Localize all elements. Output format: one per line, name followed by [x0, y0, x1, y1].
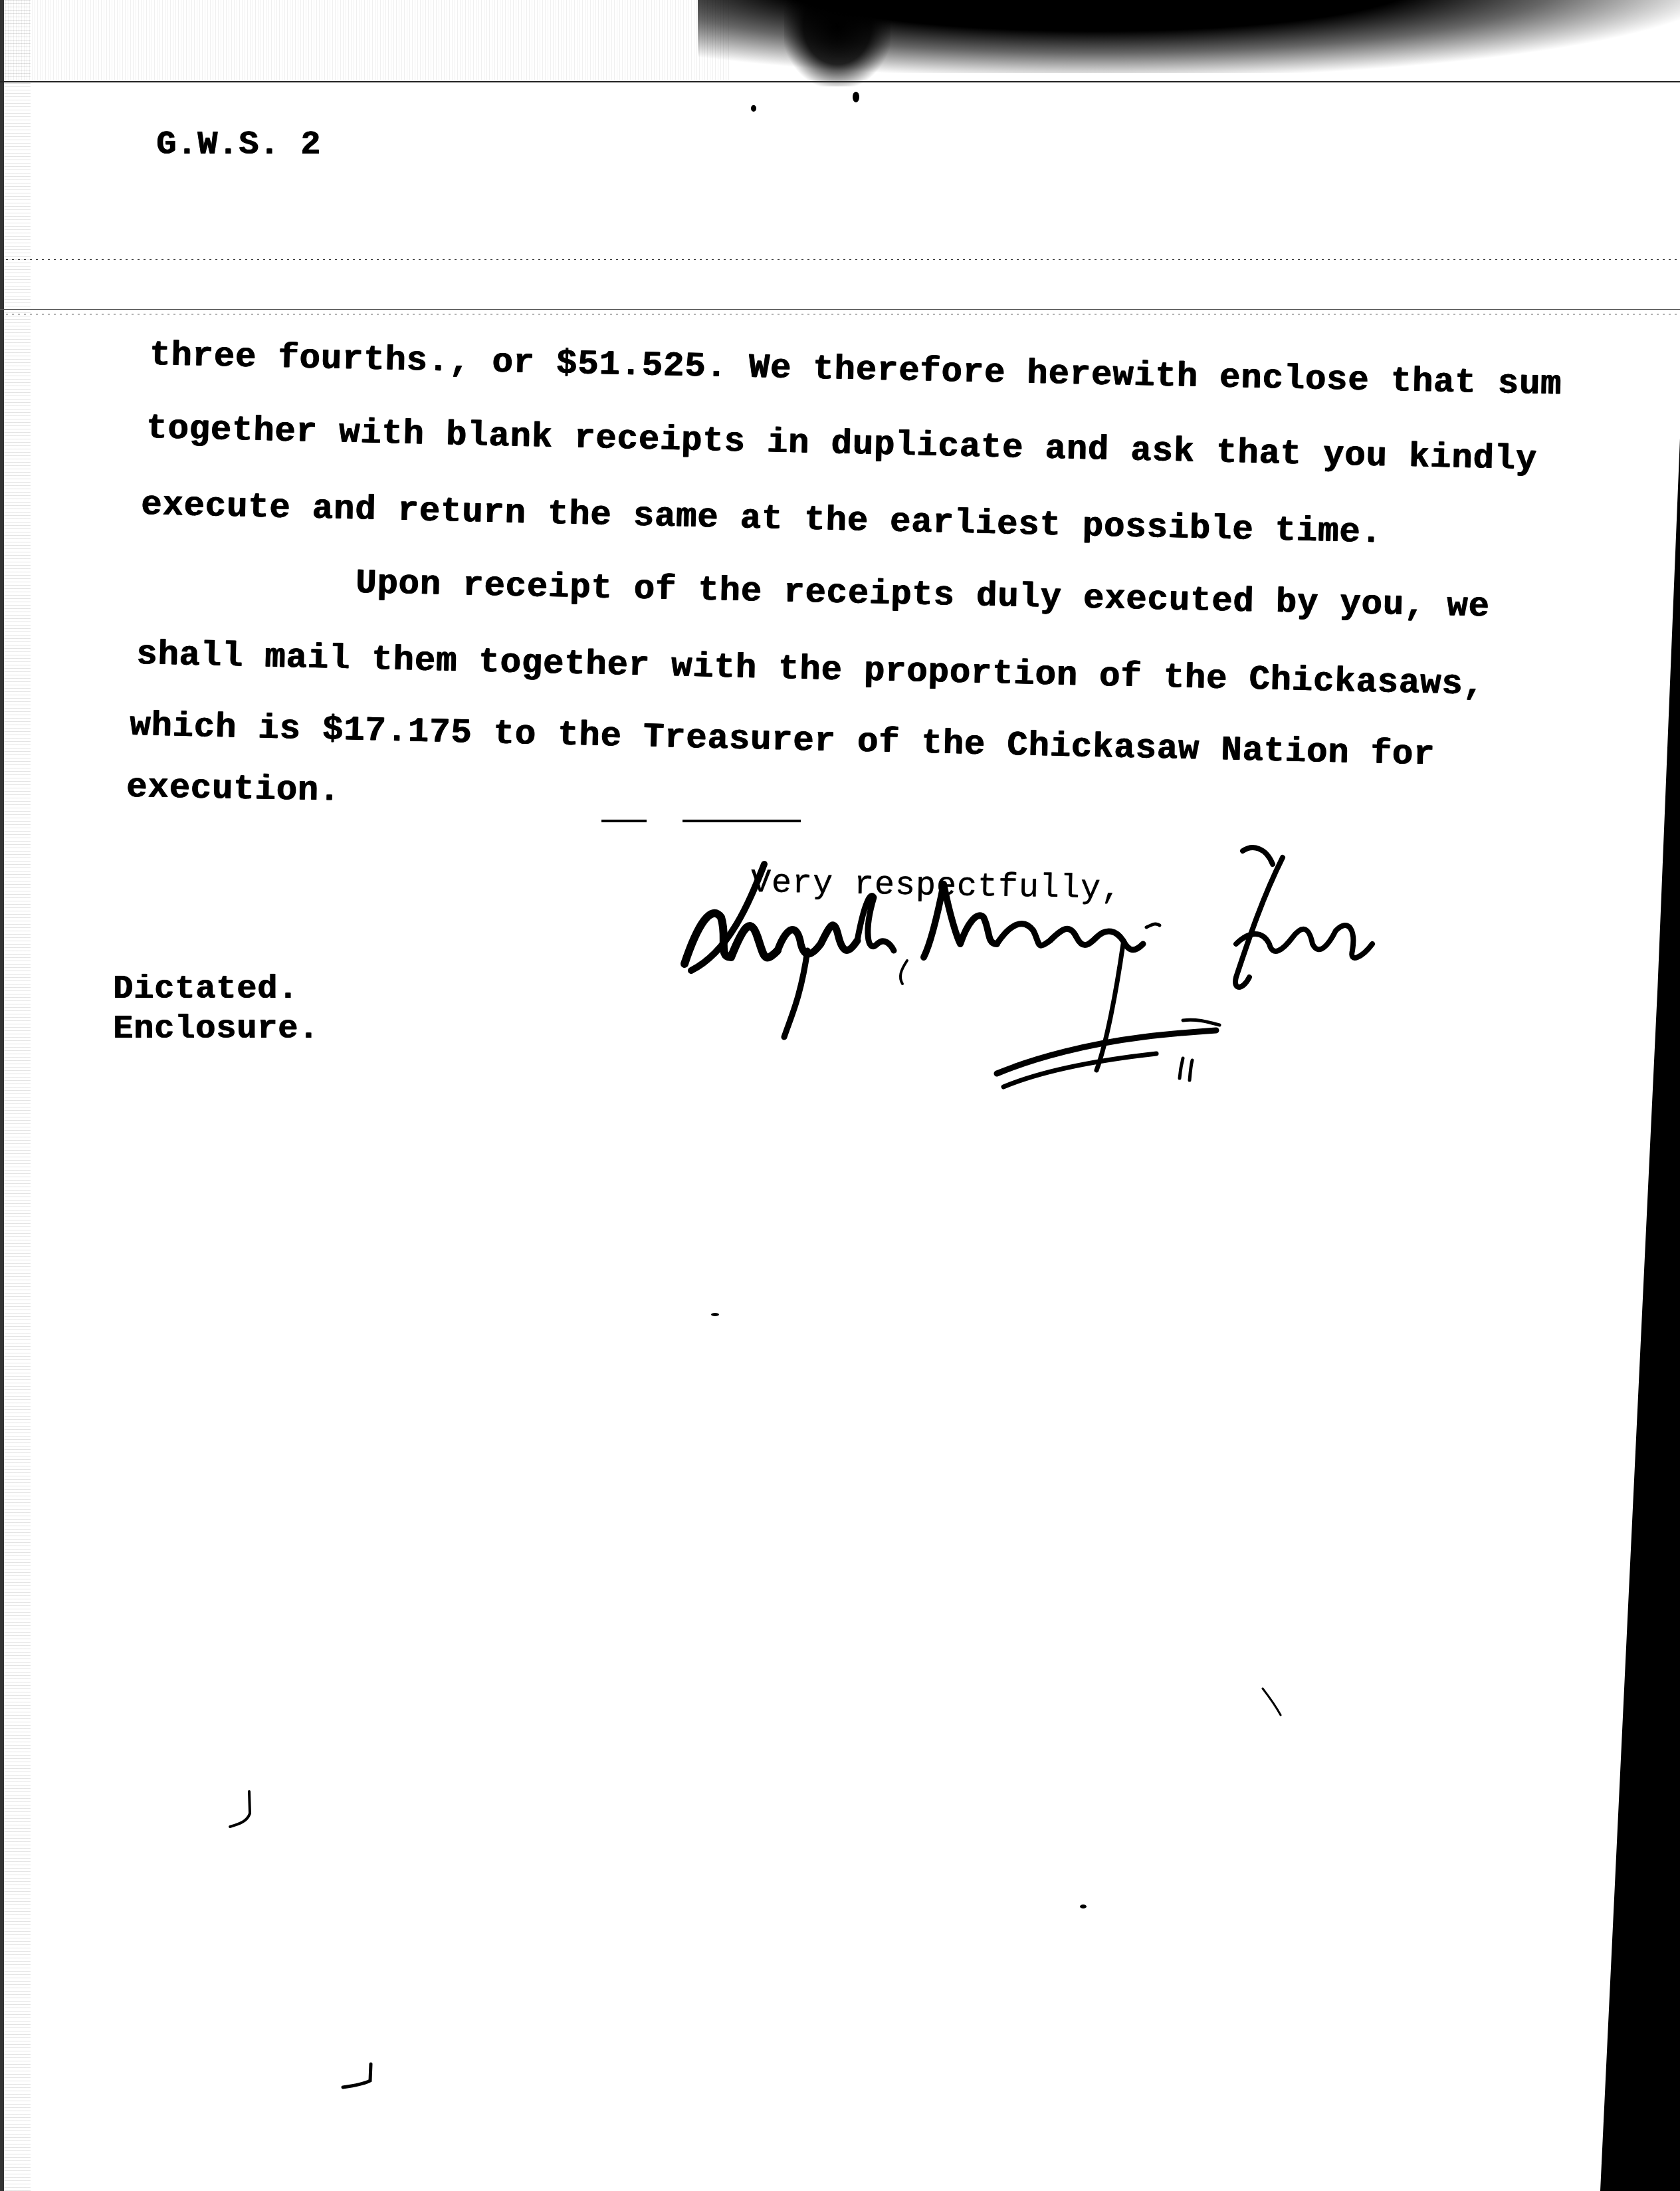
body-line: Upon receipt of the receipts duly execut… [355, 564, 1490, 627]
ink-spot [1080, 1904, 1087, 1908]
notation-enclosure: Enclosure. [113, 1010, 319, 1048]
scan-line [0, 314, 1680, 314]
scan-line [0, 309, 1680, 310]
stray-pen-mark [339, 2061, 379, 2094]
body-line: execute and return the same at the earli… [140, 485, 1382, 552]
notation-dictated: Dictated. [113, 971, 298, 1008]
scan-line [0, 259, 1680, 260]
body-line: which is $17.175 to the Treasurer of the… [129, 706, 1435, 775]
body-line: three fourths., or $51.525. We therefore… [149, 336, 1562, 405]
typed-dash [682, 820, 801, 822]
stray-pen-mark [226, 1788, 266, 1835]
ink-spot [751, 105, 756, 112]
scan-right-edge [1600, 0, 1680, 2191]
scanned-letter-page: G.W.S. 2 three fourths., or $51.525. We … [0, 0, 1680, 2191]
body-line: shall mail them together with the propor… [136, 635, 1485, 705]
scan-smudge-drip [784, 0, 891, 86]
typed-dash [601, 820, 647, 822]
scan-noise-top [0, 0, 731, 80]
scan-line [0, 81, 1680, 82]
scan-noise-left [4, 0, 31, 2191]
body-line: execution. [126, 768, 340, 811]
ink-spot [853, 92, 859, 102]
body-line: together with blank receipts in duplicat… [146, 409, 1537, 479]
handwritten-signature: Mansfield, McMurray & Cornish [665, 844, 1515, 1123]
page-header: G.W.S. 2 [156, 126, 321, 164]
ink-spot [711, 1313, 719, 1316]
stray-pen-mark [1259, 1685, 1286, 1718]
